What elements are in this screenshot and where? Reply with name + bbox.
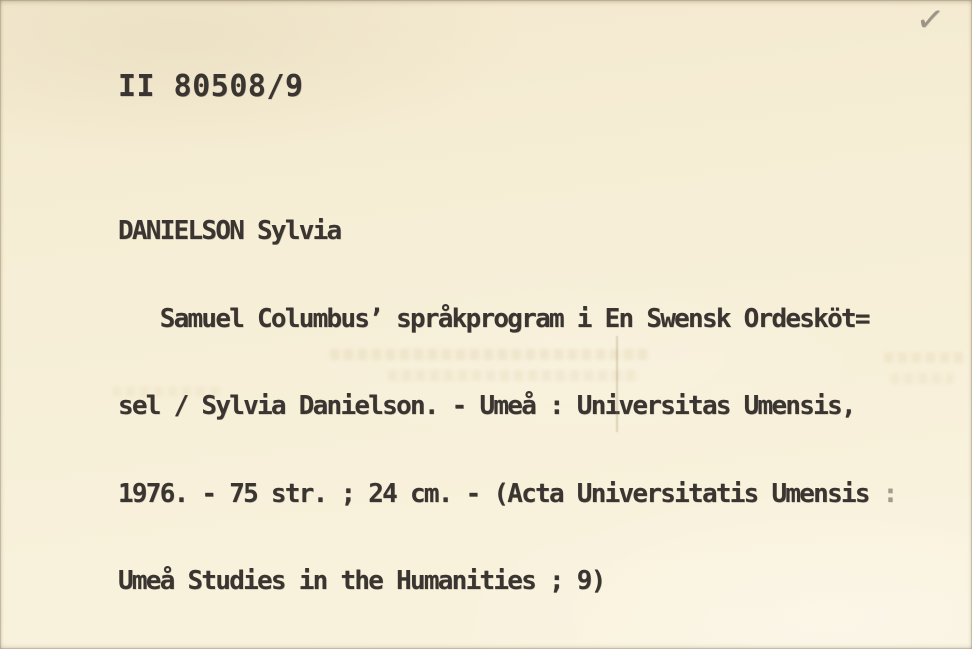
call-number: II 80508/9 — [118, 69, 304, 105]
bleed-through-smudge — [884, 352, 966, 363]
imprint-collation-line: 1976. - 75 str. ; 24 cm. - (Acta Univers… — [118, 481, 897, 509]
statement-of-responsibility-line: sel / Sylvia Danielson. - Umeå : Univers… — [118, 393, 897, 421]
imprint-collation-text: 1976. - 75 str. ; 24 cm. - (Acta Univers… — [118, 479, 869, 509]
series-line: Umeå Studies in the Humanities ; 9) — [118, 568, 897, 596]
title-line: Samuel Columbus’ språkprogram i En Swens… — [118, 306, 897, 334]
catalog-card: II 80508/9 DANIELSON Sylvia Samuel Colum… — [0, 0, 972, 649]
faint-colon: : — [869, 479, 897, 509]
bleed-through-smudge — [890, 373, 954, 384]
bleed-through-smudge — [330, 349, 650, 360]
pencil-checkmark-icon: ✓ — [914, 0, 947, 41]
paper-crease — [616, 336, 618, 432]
bleed-through-smudge — [388, 370, 640, 381]
author-heading: DANIELSON Sylvia — [118, 218, 897, 246]
bleed-through-smudge — [112, 386, 222, 397]
bibliographic-entry: DANIELSON Sylvia Samuel Columbus’ språkp… — [118, 158, 897, 649]
